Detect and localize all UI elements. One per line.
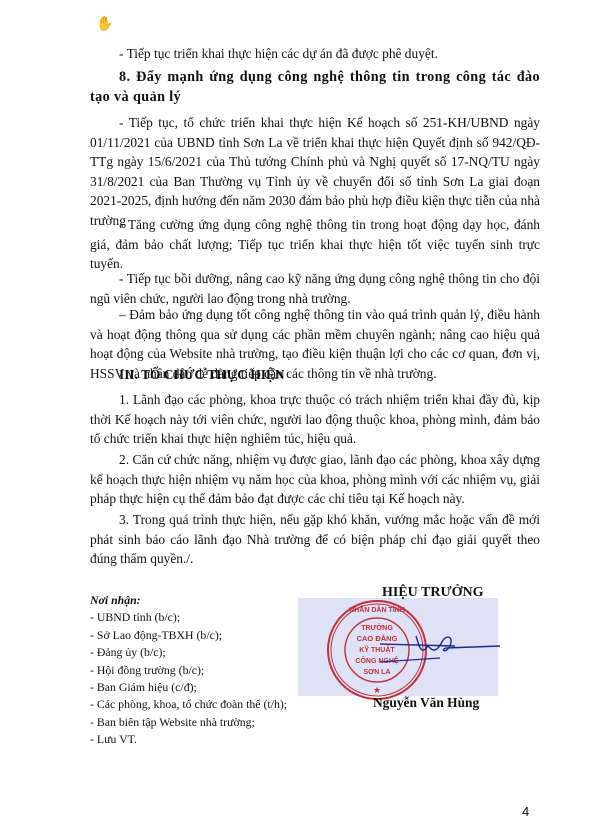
handwritten-signature-icon (380, 630, 500, 670)
recipient-item: - Đảng ủy (b/c); (90, 644, 330, 661)
section8-paragraph-3: - Tiếp tục bồi dưỡng, nâng cao kỹ năng ứ… (90, 269, 540, 308)
svg-text:NHÂN DÂN TỈNH: NHÂN DÂN TỈNH (349, 605, 405, 614)
recipient-item: - Lưu VT. (90, 731, 330, 748)
page-number: 4 (522, 804, 529, 819)
signer-name: Nguyễn Văn Hùng (373, 695, 479, 711)
recipient-item: - Ban biên tập Website nhà trường; (90, 714, 330, 731)
section3-paragraph-2: 2. Căn cứ chức năng, nhiệm vụ được giao,… (90, 450, 540, 509)
recipients-block: Nơi nhận: - UBND tỉnh (b/c); - Sở Lao độ… (90, 592, 330, 749)
section8-paragraph-2: - Tăng cường ứng dụng công nghệ thông ti… (90, 215, 540, 274)
recipient-item: - UBND tỉnh (b/c); (90, 609, 330, 626)
section3-paragraph-1: 1. Lãnh đạo các phòng, khoa trực thuộc c… (90, 390, 540, 449)
section3-heading: III. TỔ CHỨC THỰC HIỆN (90, 365, 540, 385)
section8-heading: 8. Đẩy mạnh ứng dụng công nghệ thông tin… (90, 68, 540, 107)
hand-cursor-icon: ✋ (96, 16, 113, 33)
svg-text:SƠN LA: SƠN LA (364, 669, 391, 676)
document-page: ✋ - Tiếp tục triển khai thực hiện các dự… (0, 0, 592, 835)
recipient-item: - Sở Lao động-TBXH (b/c); (90, 627, 330, 644)
recipient-item: - Ban Giám hiệu (c/đ); (90, 679, 330, 696)
section3-paragraph-3: 3. Trong quá trình thực hiện, nếu gặp kh… (90, 510, 540, 569)
svg-text:★: ★ (373, 685, 381, 695)
top-line: - Tiếp tục triển khai thực hiện các dự á… (90, 44, 540, 64)
section8-paragraph-1: - Tiếp tục, tổ chức triển khai thực hiện… (90, 113, 540, 230)
recipient-item: - Hội đồng trường (b/c); (90, 662, 330, 679)
recipient-item: - Các phòng, khoa, tổ chức đoàn thể (t/h… (90, 696, 330, 713)
recipients-title: Nơi nhận: (90, 592, 330, 609)
